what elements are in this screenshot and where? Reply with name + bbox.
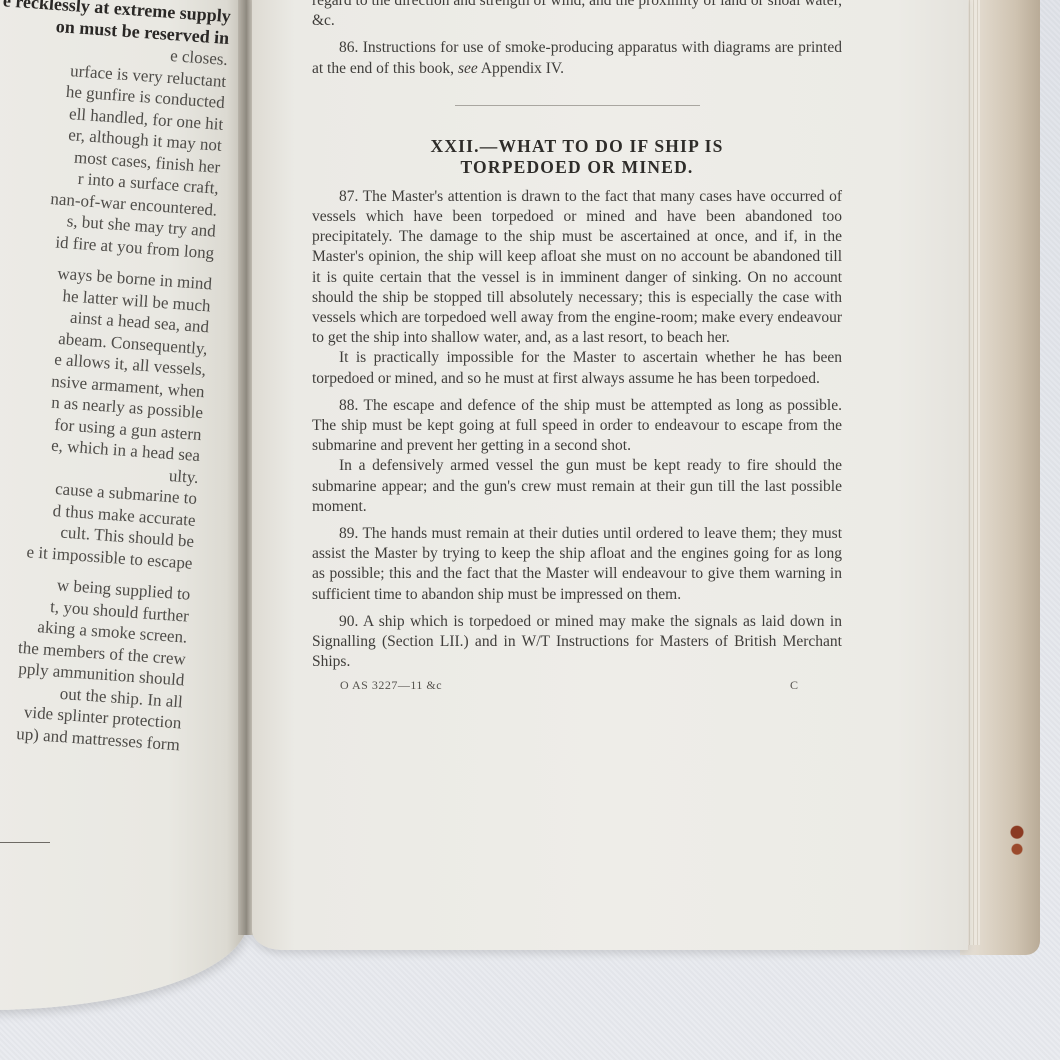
heading-line-1: XXII.—WHAT TO DO IF SHIP IS <box>312 136 842 157</box>
paragraph-86: 86. Instructions for use of smoke-produc… <box>312 38 842 78</box>
section-heading: XXII.—WHAT TO DO IF SHIP IS TORPEDOED OR… <box>312 136 842 178</box>
paragraph-86-see: see <box>458 60 478 77</box>
paragraph-86-appendix: Appendix IV. <box>478 60 564 77</box>
paragraph-87: 87. The Master's attention is drawn to t… <box>312 187 842 349</box>
gathering-mark: C <box>790 675 798 695</box>
right-page-text: regard to the direction and strength of … <box>312 0 842 696</box>
rust-stain <box>1009 822 1025 856</box>
paragraph-86-text: 86. Instructions for use of smoke-produc… <box>312 39 842 76</box>
page-footer: O AS 3227—11 &c C <box>312 675 842 695</box>
heading-line-2: TORPEDOED OR MINED. <box>312 157 842 178</box>
paragraph-88-continued: In a defensively armed vessel the gun mu… <box>312 456 842 517</box>
paragraph-89: 89. The hands must remain at their dutie… <box>312 524 842 605</box>
right-page: regard to the direction and strength of … <box>252 0 968 950</box>
paragraph-88: 88. The escape and defence of the ship m… <box>312 396 842 457</box>
left-page: e recklessly at extreme supplyon must be… <box>0 0 248 1010</box>
paragraph-90: 90. A ship which is torpedoed or mined m… <box>312 612 842 673</box>
left-page-rule <box>0 842 50 843</box>
continuation-text: regard to the direction and strength of … <box>312 0 842 31</box>
left-page-text: e recklessly at extreme supplyon must be… <box>0 0 231 755</box>
paragraph-87-continued: It is practically impossible for the Mas… <box>312 348 842 388</box>
printer-signature: O AS 3227—11 &c <box>340 675 442 695</box>
section-divider <box>455 105 700 106</box>
